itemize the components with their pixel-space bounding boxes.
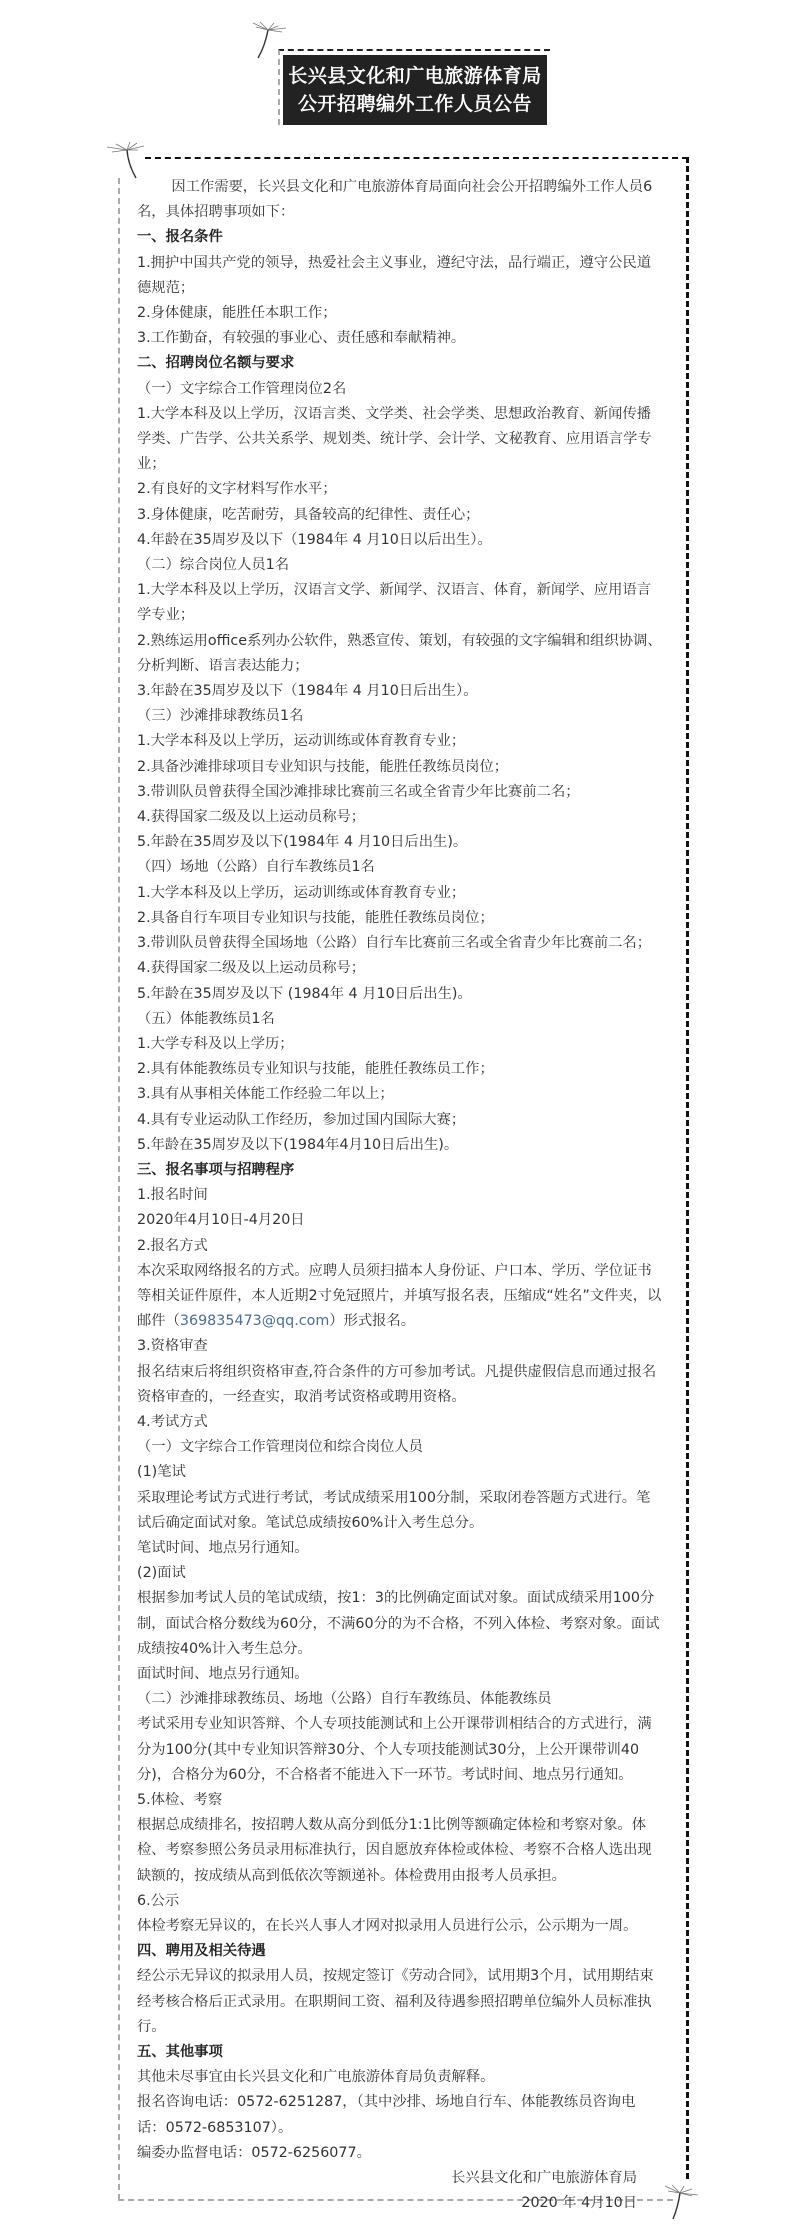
list-item: 3.具有从事相关体能工作经验二年以上； (137, 1082, 662, 1107)
page-title: 长兴县文化和广电旅游体育局 公开招聘编外工作人员公告 (283, 55, 547, 125)
frame-border-left (118, 178, 120, 2200)
signature-date: 2020 年 4月10日 (137, 2191, 662, 2216)
list-item: 4.获得国家二级及以上运动员称号； (137, 805, 662, 830)
section-heading: 四、聘用及相关待遇 (137, 1939, 662, 1964)
list-item: 1.拥护中国共产党的领导，热爱社会主义事业，遵纪守法，品行端正，遵守公民道德规范… (137, 251, 662, 301)
list-item: 2.具备沙滩排球项目专业知识与技能，能胜任教练员岗位； (137, 755, 662, 780)
supervise-phone: 编委办监督电话：0572-6256077。 (137, 2141, 662, 2166)
paren-open: （ (166, 1313, 180, 1329)
position-title: （一）文字综合工作管理岗位2名 (137, 377, 662, 402)
list-item: 4.具有专业运动队工作经历，参加过国内国际大赛； (137, 1108, 662, 1133)
list-item: 2.具备自行车项目专业知识与技能，能胜任教练员岗位； (137, 906, 662, 931)
paragraph: 面试时间、地点另行通知。 (137, 1662, 662, 1687)
list-item: 1.大学本科及以上学历，汉语言文学、新闻学、汉语言、体育，新闻学、应用语言学专业… (137, 578, 662, 628)
email-link[interactable]: 369835473@qq.com (180, 1313, 329, 1329)
frame-border-right (686, 157, 689, 2179)
list-item: 3.带训队员曾获得全国沙滩排球比赛前三名或全省青少年比赛前二名； (137, 780, 662, 805)
list-item: 5.年龄在35周岁及以下(1984年4月10日后出生)。 (137, 1133, 662, 1158)
list-item: 2.有良好的文字材料写作水平； (137, 477, 662, 502)
exam-group-title: （二）沙滩排球教练员、场地（公路）自行车教练员、体能教练员 (137, 1687, 662, 1712)
list-item: 3.工作勤奋，有较强的事业心、责任感和奉献精神。 (137, 326, 662, 351)
method-text-end: ）形式报名。 (329, 1313, 415, 1329)
paragraph: 经公示无异议的拟录用人员，按规定签订《劳动合同》，试用期3个月，试用期结束经考核… (137, 1964, 662, 2040)
section-heading: 五、其他事项 (137, 2040, 662, 2065)
paragraph: 体检考察无异议的，在长兴人事人才网对拟录用人员进行公示，公示期为一周。 (137, 1914, 662, 1939)
section-heading: 一、报名条件 (137, 225, 662, 250)
subsection-label: 1.报名时间 (137, 1183, 662, 1208)
list-item: 3.年龄在35周岁及以下（1984年 4 月10日后出生）。 (137, 679, 662, 704)
list-item: 1.大学专科及以上学历； (137, 1032, 662, 1057)
title-line-1: 长兴县文化和广电旅游体育局 (283, 62, 547, 90)
paragraph: 根据总成绩排名，按招聘人数从高分到低分1:1比例等额确定体检和考察对象。体检、考… (137, 1813, 662, 1889)
frame-border-top (145, 157, 688, 159)
list-item: 1.大学本科及以上学历，运动训练或体育教育专业； (137, 729, 662, 754)
position-title: （四）场地（公路）自行车教练员1名 (137, 855, 662, 880)
position-title: （二）综合岗位人员1名 (137, 553, 662, 578)
list-item: 5.年龄在35周岁及以下 (1984年 4 月10日后出生)。 (137, 982, 662, 1007)
subsection-label: 4.考试方式 (137, 1410, 662, 1435)
list-item: 2.具有体能教练员专业知识与技能，能胜任教练员工作； (137, 1057, 662, 1082)
subsection-label: (1)笔试 (137, 1460, 662, 1485)
subsection-label: 3.资格审查 (137, 1334, 662, 1359)
paragraph: 采取理论考试方式进行考试，考试成绩采用100分制，采取闭卷答题方式进行。笔试后确… (137, 1486, 662, 1536)
list-item: 5.年龄在35周岁及以下(1984年 4 月10日后出生)。 (137, 830, 662, 855)
paragraph: 根据参加考试人员的笔试成绩，按1：3的比例确定面试对象。面试成绩采用100分制，… (137, 1586, 662, 1662)
list-item: 2.身体健康，能胜任本职工作； (137, 301, 662, 326)
subsection-label: 5.体检、考察 (137, 1788, 662, 1813)
list-item: 4.获得国家二级及以上运动员称号； (137, 956, 662, 981)
registration-time: 2020年4月10日-4月20日 (137, 1208, 662, 1233)
contact-phone: 报名咨询电话：0572-6251287，（其中沙排、场地自行车、体能教练员咨询电… (137, 2090, 662, 2140)
list-item: 1.大学本科及以上学历，汉语言类、文学类、社会学类、思想政治教育、新闻传播学类、… (137, 402, 662, 478)
subsection-label: 2.报名方式 (137, 1234, 662, 1259)
section-heading: 三、报名事项与招聘程序 (137, 1158, 662, 1183)
list-item: 3.带训队员曾获得全国场地（公路）自行车比赛前三名或全省青少年比赛前二名； (137, 931, 662, 956)
paragraph: 考试采用专业知识答辩、个人专项技能测试和上公开课带训相结合的方式进行，满分为10… (137, 1712, 662, 1788)
subsection-label: (2)面试 (137, 1561, 662, 1586)
subsection-label: 6.公示 (137, 1889, 662, 1914)
announcement-body: 因工作需要，长兴县文化和广电旅游体育局面向社会公开招聘编外工作人员6名，具体招聘… (137, 175, 662, 2216)
list-item: 3.身体健康，吃苦耐劳，具备较高的纪律性、责任心； (137, 503, 662, 528)
paragraph: 其他未尽事宜由长兴县文化和广电旅游体育局负责解释。 (137, 2065, 662, 2090)
paragraph: 报名结束后将组织资格审查,符合条件的方可参加考试。凡提供虚假信息而通过报名资格审… (137, 1360, 662, 1410)
signature-org: 长兴县文化和广电旅游体育局 (137, 2166, 662, 2191)
exam-group-title: （一）文字综合工作管理岗位和综合岗位人员 (137, 1435, 662, 1460)
intro-paragraph: 因工作需要，长兴县文化和广电旅游体育局面向社会公开招聘编外工作人员6名，具体招聘… (137, 175, 662, 225)
position-title: （三）沙滩排球教练员1名 (137, 704, 662, 729)
position-title: （五）体能教练员1名 (137, 1007, 662, 1032)
registration-method: 本次采取网络报名的方式。应聘人员须扫描本人身份证、户口本、学历、学位证书等相关证… (137, 1259, 662, 1335)
section-heading: 二、招聘岗位名额与要求 (137, 351, 662, 376)
title-line-2: 公开招聘编外工作人员公告 (283, 90, 547, 118)
paragraph: 笔试时间、地点另行通知。 (137, 1536, 662, 1561)
list-item: 2.熟练运用office系列办公软件，熟悉宣传、策划，有较强的文字编辑和组织协调… (137, 629, 662, 679)
list-item: 4.年龄在35周岁及以下（1984年 4 月10日以后出生）。 (137, 528, 662, 553)
list-item: 1.大学本科及以上学历，运动训练或体育教育专业； (137, 881, 662, 906)
dandelion-icon (662, 2183, 712, 2230)
